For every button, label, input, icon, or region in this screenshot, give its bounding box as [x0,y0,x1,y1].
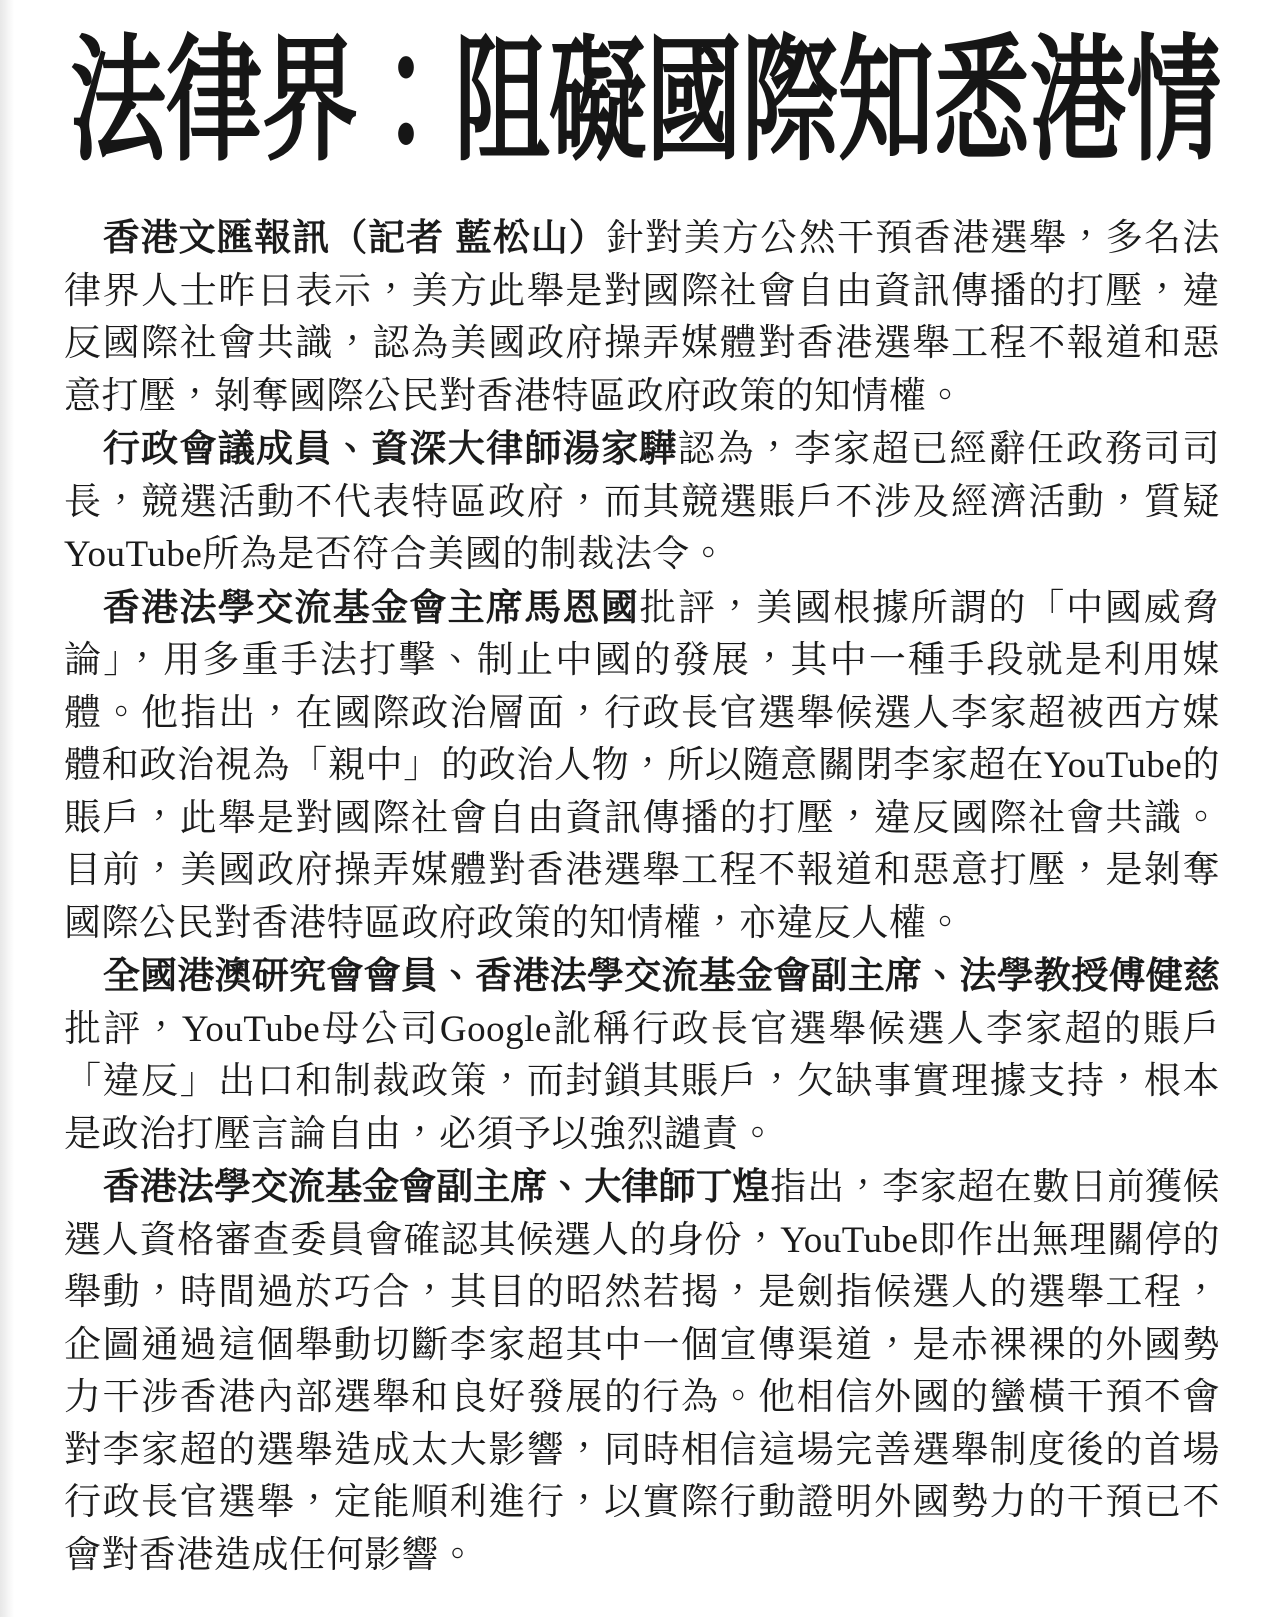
paragraph-text: 批評，YouTube母公司Google訛稱行政長官選舉候選人李家超的賬戶「違反」… [64,1009,1220,1155]
paragraph-text: 指出，李家超在數日前獲候選人資格審查委員會確認其候選人的身份，YouTube即作… [64,1167,1220,1576]
paragraph-lead: 全國港澳研究會會員、香港法學交流基金會副主席、法學教授傅健慈 [103,955,1220,996]
article-body: 香港文匯報訊（記者 藍松山）針對美方公然干預香港選舉，多名法律界人士昨日表示，美… [64,212,1220,1582]
paragraph: 香港法學交流基金會主席馬恩國批評，美國根據所謂的「中國威脅論」，用多重手法打擊、… [64,582,1220,951]
paragraph-lead: 行政會議成員、資深大律師湯家驊 [103,428,678,469]
paragraph-lead: 香港法學交流基金會副主席、大律師丁煌 [103,1166,770,1207]
paragraph: 香港文匯報訊（記者 藍松山）針對美方公然干預香港選舉，多名法律界人士昨日表示，美… [64,212,1220,423]
paragraph-lead: 香港法學交流基金會主席馬恩國 [103,587,639,628]
paragraph: 行政會議成員、資深大律師湯家驊認為，李家超已經辭任政務司司長，競選活動不代表特區… [64,423,1220,582]
newspaper-page: 法律界：阻礙國際知悉港情 香港文匯報訊（記者 藍松山）針對美方公然干預香港選舉，… [0,0,1284,1582]
paragraph-lead: 香港文匯報訊（記者 藍松山） [103,217,607,258]
paragraph-text: 批評，美國根據所謂的「中國威脅論」，用多重手法打擊、制止中國的發展，其中一種手段… [64,588,1220,944]
article-headline: 法律界：阻礙國際知悉港情 [70,34,1220,170]
paragraph: 香港法學交流基金會副主席、大律師丁煌指出，李家超在數日前獲候選人資格審查委員會確… [64,1161,1220,1582]
paragraph: 全國港澳研究會會員、香港法學交流基金會副主席、法學教授傅健慈批評，YouTube… [64,950,1220,1161]
